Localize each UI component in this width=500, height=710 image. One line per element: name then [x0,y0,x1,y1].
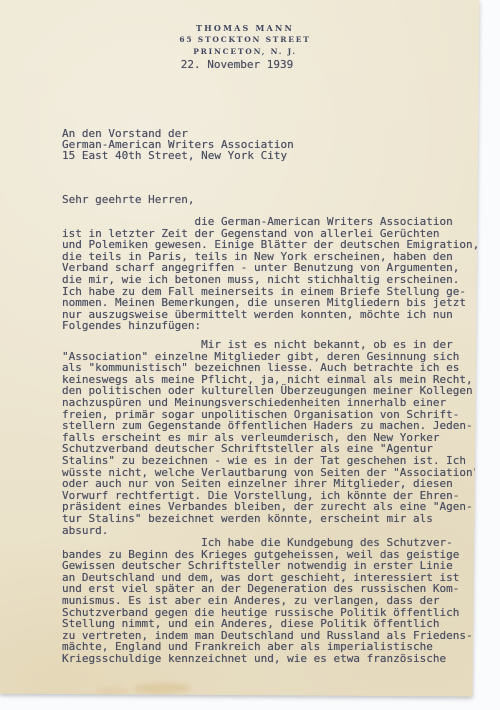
ink-bleed-smudge-small [96,687,130,695]
text-line: Stalins" zu bezeichnen - wie es in der T… [62,455,479,467]
letterhead-name: THOMAS MANN [12,22,478,34]
text-line: Mir ist es nicht bekannt, ob es in der [62,339,479,351]
ink-bleed-smudge [133,682,191,694]
text-line: munismus. Es ist aber ein Anderes, zu ve… [62,595,473,607]
text-line: Stellung nimmt, und ein Anderes, diese P… [62,618,473,630]
letterhead: THOMAS MANN 65 STOCKTON STREET PRINCETON… [12,22,478,58]
date-line: 22. November 1939 [0,59,474,71]
text-line: nachzuspüren und Meinungsverschiedenheit… [62,397,479,409]
letter-paper: THOMAS MANN 65 STOCKTON STREET PRINCETON… [0,0,500,710]
text-line: Folgendes hinzufügen: [62,320,479,332]
letterhead-street: 65 STOCKTON STREET [12,34,478,46]
text-line: tur Stalins" bezeichnet werden könnte, e… [62,513,479,525]
letterhead-city: PRINCETON, N. J. [12,46,478,58]
salutation: Sehr geehrte Herren, [62,194,194,206]
body-paragraph-2: Mir ist es nicht bekannt, ob es in der"A… [62,339,479,536]
body-paragraph-1: die German-American Writers Associationi… [62,216,479,332]
recipient-block: An den Vorstand derGerman-American Write… [62,128,294,161]
text-line: stellern zum Gegenstande öffentlichen Ha… [62,420,479,432]
text-line: Ich habe die Kundgebung des Schutzver- [62,537,473,549]
text-line: Kriegsschuldige kennzeichnet und, wie es… [62,653,473,665]
text-line: absurd. [62,525,479,537]
body-paragraph-3: Ich habe die Kundgebung des Schutzver-ba… [62,537,473,665]
text-line: die mir, wie ich betonen muss, nicht sti… [62,274,479,286]
paper-shadow: THOMAS MANN 65 STOCKTON STREET PRINCETON… [0,0,500,710]
text-line: nommen. Meinen Bemerkungen, die unseren … [62,297,479,309]
text-line: die German-American Writers Association [62,216,479,228]
text-line: oder auch nur von Seiten einzelner ihrer… [62,478,479,490]
scanned-letter-page: THOMAS MANN 65 STOCKTON STREET PRINCETON… [0,0,500,710]
text-line: 15 East 40th Street, New York City [62,150,294,161]
